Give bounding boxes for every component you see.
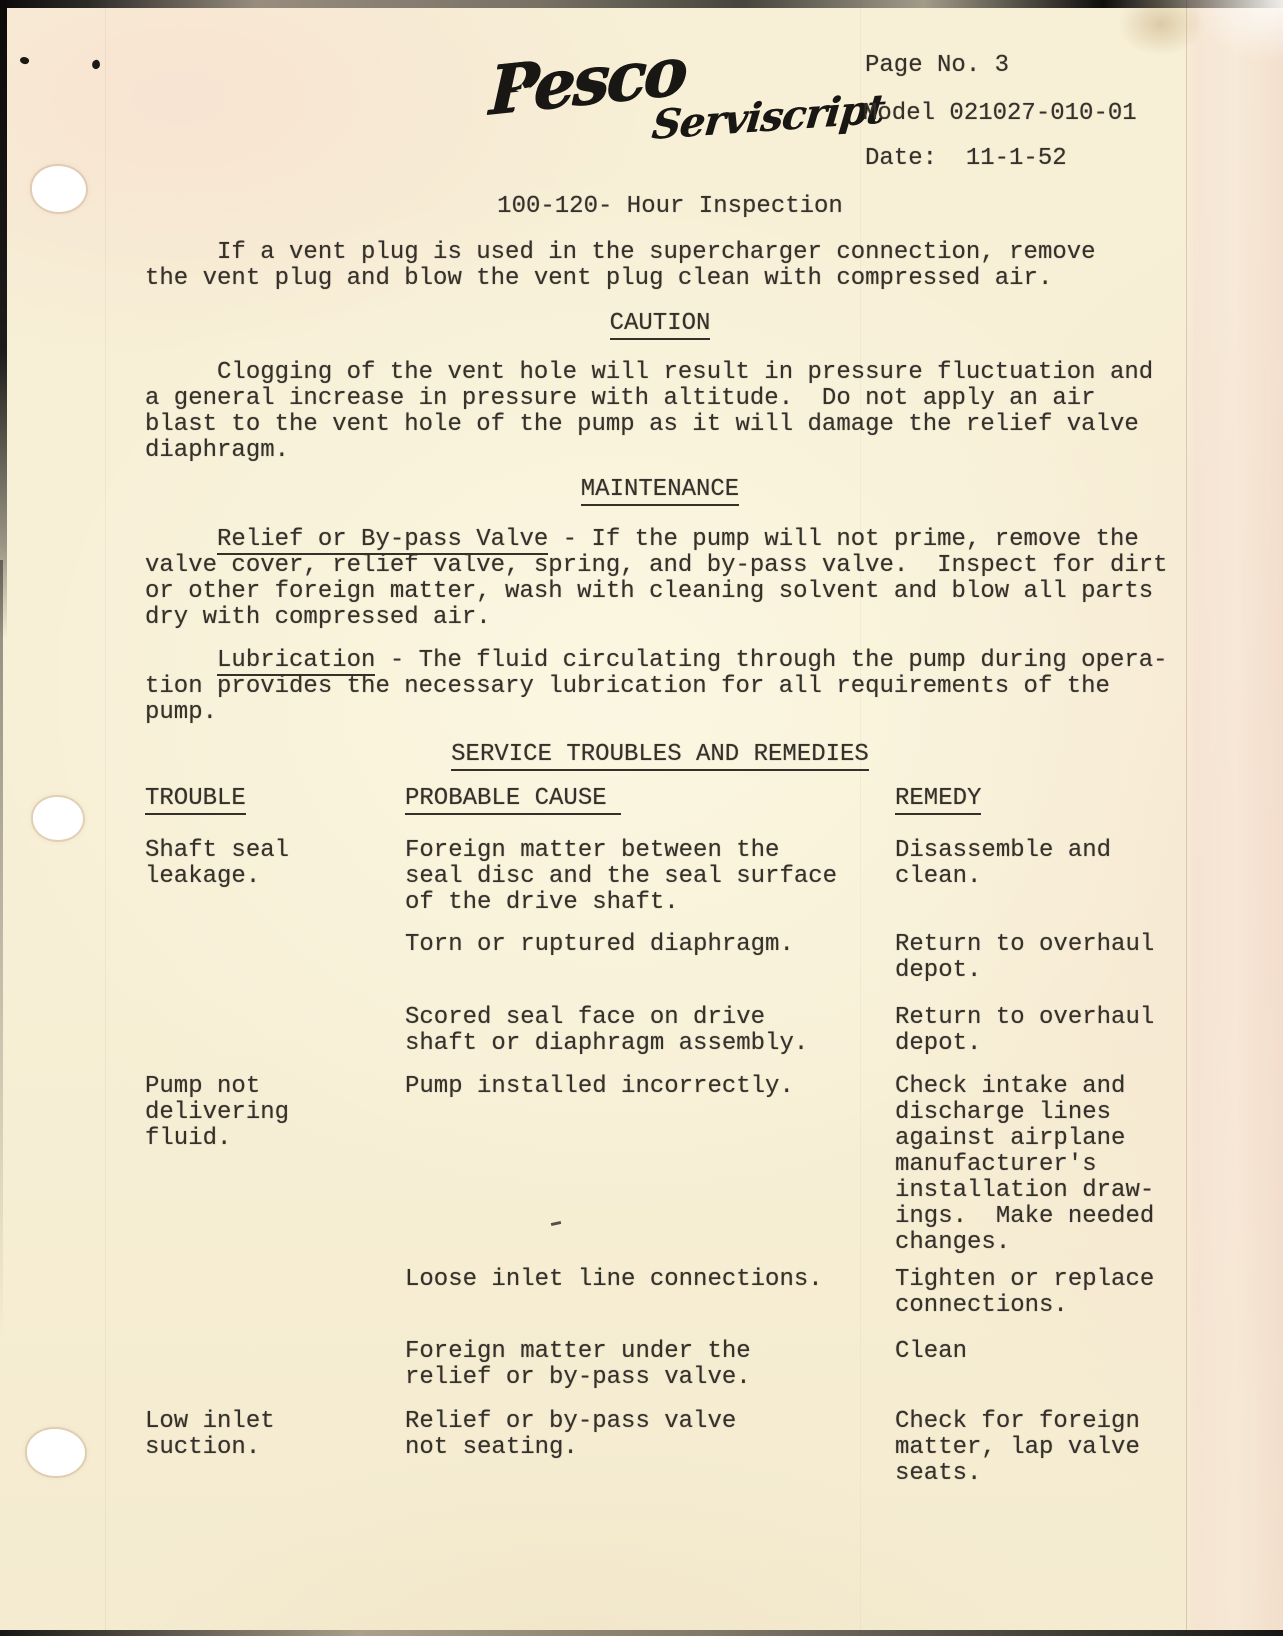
model-number: Model 021027-010-01 <box>863 101 1137 127</box>
logo-star-icon: ★ <box>513 80 534 102</box>
cell-trouble: Low inlet suction. <box>145 1409 275 1461</box>
document-page: Pesco ★ Serviscript Page No. 3 Model 021… <box>0 0 1283 1636</box>
doc-title-line: 100-120- Hour Inspection <box>165 194 1175 220</box>
caution-heading-line: CAUTION <box>155 311 1165 340</box>
column-header-cause: PROBABLE CAUSE <box>405 786 621 815</box>
pesco-logo: Pesco ★ Serviscript <box>488 58 888 158</box>
cell-cause: Loose inlet line connections. <box>405 1267 823 1293</box>
relief-valve-lead: Relief or By-pass Valve <box>217 526 548 555</box>
ink-dot <box>91 59 101 70</box>
caution-paragraph: Clogging of the vent hole will result in… <box>145 360 1153 464</box>
scan-edge-left <box>0 0 7 640</box>
scan-edge-left-lower <box>0 560 3 1340</box>
caution-heading: CAUTION <box>610 311 711 340</box>
cell-trouble: Pump not delivering fluid. <box>145 1074 289 1152</box>
column-header-remedy: REMEDY <box>895 786 981 815</box>
cell-cause: Pump installed incorrectly. <box>405 1074 794 1100</box>
document-date: Date: 11-1-52 <box>865 146 1067 172</box>
doc-title: 100-120- Hour Inspection <box>497 193 843 220</box>
cell-trouble: Shaft seal leakage. <box>145 838 289 890</box>
paper-crease <box>105 0 106 1636</box>
hole-punch-top <box>32 166 86 212</box>
lubrication-paragraph: Lubrication - The fluid circulating thro… <box>145 648 1168 726</box>
maintenance-heading-line: MAINTENANCE <box>155 477 1165 506</box>
cell-remedy: Check intake and discharge lines against… <box>895 1074 1154 1256</box>
lubrication-lead: Lubrication <box>217 647 375 676</box>
cell-remedy: Disassemble and clean. <box>895 838 1111 890</box>
cell-remedy: Return to overhaul depot. <box>895 1005 1154 1057</box>
corner-highlight <box>1190 0 1283 120</box>
paragraph-indent <box>145 647 217 674</box>
cell-remedy: Clean <box>895 1339 967 1365</box>
stray-mark <box>551 1221 561 1226</box>
pesco-logo-product: Serviscript <box>650 89 886 146</box>
cell-cause: Relief or by-pass valve not seating. <box>405 1409 736 1461</box>
hole-punch-bottom <box>27 1429 85 1476</box>
hole-punch-middle <box>33 797 83 840</box>
cell-cause: Foreign matter between the seal disc and… <box>405 838 837 916</box>
service-heading-line: SERVICE TROUBLES AND REMEDIES <box>155 742 1165 771</box>
column-header-trouble: TROUBLE <box>145 786 246 815</box>
intro-paragraph: If a vent plug is used in the supercharg… <box>145 240 1096 292</box>
maintenance-heading: MAINTENANCE <box>581 477 739 506</box>
cell-cause: Foreign matter under the relief or by-pa… <box>405 1339 751 1391</box>
cell-cause: Torn or ruptured diaphragm. <box>405 932 794 958</box>
relief-paragraph: Relief or By-pass Valve - If the pump wi… <box>145 527 1168 631</box>
page-right-edge-band <box>1186 0 1283 1636</box>
scan-edge-bottom <box>0 1630 1283 1636</box>
paragraph-indent <box>145 526 217 553</box>
scan-edge-top <box>0 0 1283 8</box>
ink-dot <box>19 55 30 65</box>
cell-remedy: Tighten or replace connections. <box>895 1267 1154 1319</box>
page-number: Page No. 3 <box>865 53 1009 79</box>
service-heading: SERVICE TROUBLES AND REMEDIES <box>451 742 869 771</box>
cell-remedy: Check for foreign matter, lap valve seat… <box>895 1409 1140 1487</box>
cell-cause: Scored seal face on drive shaft or diaph… <box>405 1005 808 1057</box>
cell-remedy: Return to overhaul depot. <box>895 932 1154 984</box>
